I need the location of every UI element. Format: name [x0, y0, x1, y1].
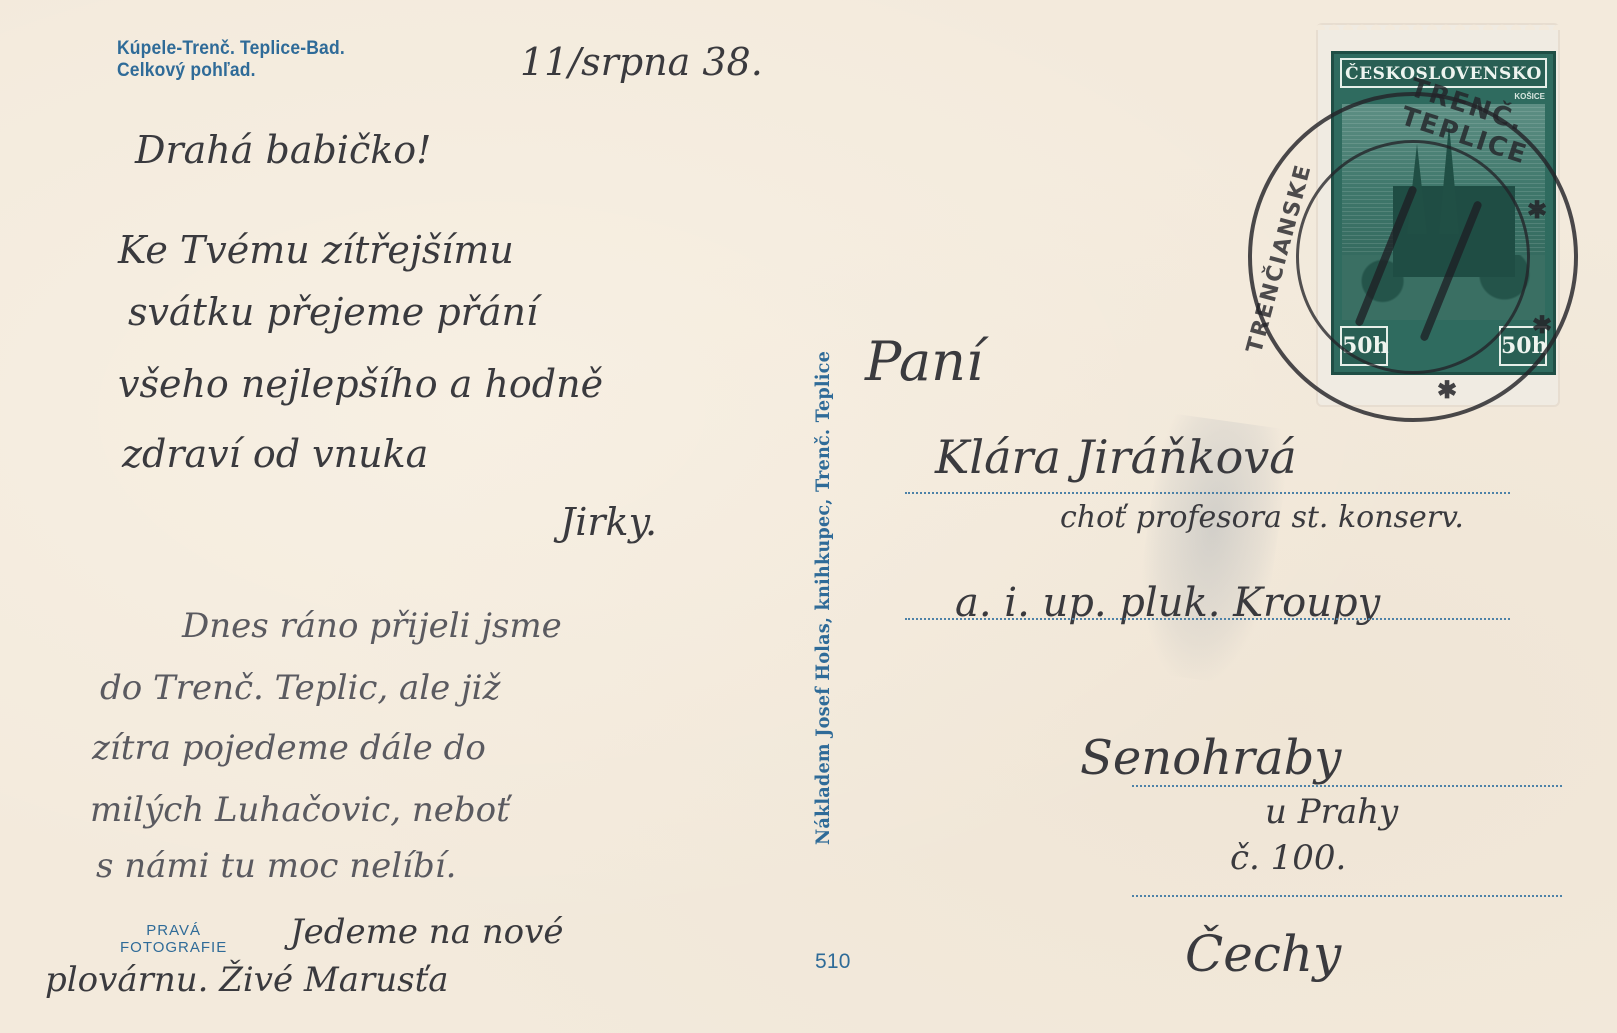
- address-line-2: [905, 618, 1510, 620]
- spire-right: [1439, 124, 1459, 234]
- ps-line-2: do Trenč. Teplic, ale již: [100, 668, 500, 708]
- address-name: Klára Jiráňková: [935, 430, 1297, 484]
- ps-line-4: milých Luhačovic, neboť: [90, 790, 510, 830]
- message-line-4: zdraví od vnuka: [122, 432, 428, 476]
- publisher-imprint: Nákladem Josef Holas, knihkupec, Trenč. …: [812, 351, 834, 845]
- caption-line-1: Kúpele-Trenč. Teplice-Bad.: [117, 38, 345, 60]
- postage-stamp: ČESKOSLOVENSKO KOŠICE 50h 50h: [1318, 25, 1558, 405]
- footer-line-2: plovárnu. Živé Marusťa: [45, 960, 449, 1000]
- footer-line-1: Jedeme na nové: [290, 912, 563, 952]
- postmark-left-text: TRENČIANSKE: [1242, 161, 1317, 356]
- address-line-3: [1132, 785, 1562, 787]
- ps-line-5: s námi tu moc nelíbí.: [96, 846, 457, 886]
- address-line-4: [1132, 895, 1562, 897]
- address-country: Čechy: [1185, 925, 1341, 983]
- cathedral-illustration: [1342, 104, 1545, 320]
- message-signature: Jirky.: [560, 500, 657, 544]
- prava-line-2: FOTOGRAFIE: [120, 939, 227, 956]
- spire-left: [1407, 144, 1427, 234]
- message-salutation: Drahá babičko!: [135, 128, 431, 172]
- address-line-2-text: choť profesora st. konserv.: [1060, 500, 1464, 535]
- real-photo-mark: PRAVÁ FOTOGRAFIE: [120, 922, 227, 956]
- message-line-3: všeho nejlepšího a hodně: [118, 362, 603, 406]
- stamp-value-right: 50h: [1499, 326, 1547, 366]
- message-line-2: svátku přejeme přání: [128, 290, 538, 334]
- postcard: Kúpele-Trenč. Teplice-Bad. Celkový pohľa…: [0, 0, 1617, 1033]
- caption-line-2: Celkový pohľad.: [117, 60, 345, 82]
- ps-line-1: Dnes ráno přijeli jsme: [182, 606, 562, 646]
- address-city-note: u Prahy: [1265, 792, 1398, 832]
- stamp-place: KOŠICE: [1514, 92, 1545, 101]
- address-house-number: č. 100.: [1230, 838, 1346, 878]
- printed-caption: Kúpele-Trenč. Teplice-Bad. Celkový pohľa…: [117, 38, 345, 82]
- stamp-value-left: 50h: [1340, 326, 1388, 366]
- handwritten-date: 11/srpna 38.: [520, 40, 763, 84]
- ps-line-3: zítra pojedeme dále do: [92, 728, 486, 768]
- address-salutation: Paní: [865, 330, 983, 393]
- address-city: Senohraby: [1080, 730, 1341, 786]
- message-line-1: Ke Tvému zítřejšímu: [118, 228, 514, 272]
- stamp-design: ČESKOSLOVENSKO KOŠICE 50h 50h: [1331, 51, 1556, 375]
- card-number: 510: [815, 950, 851, 974]
- address-line-1: [905, 492, 1510, 494]
- stamp-country: ČESKOSLOVENSKO: [1340, 58, 1547, 88]
- prava-line-1: PRAVÁ: [120, 922, 227, 939]
